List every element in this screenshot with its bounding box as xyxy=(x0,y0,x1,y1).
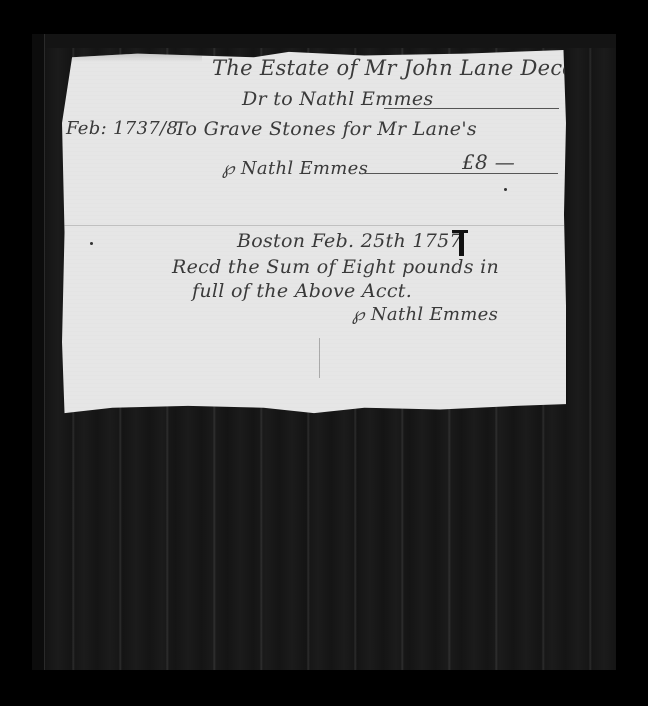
receipt-line-2: full of the Above Acct. xyxy=(192,280,412,302)
signature-rule xyxy=(362,173,558,174)
ink-blot-mark xyxy=(459,232,464,256)
ink-blot-bar xyxy=(452,230,468,233)
entry-date: Feb: 1737/8 xyxy=(66,118,178,139)
receipt-paper: The Estate of Mr John Lane Decd. Dr to N… xyxy=(62,50,566,415)
paper-crease xyxy=(319,338,320,378)
scan-left-strip xyxy=(32,34,45,670)
paper-fold-line xyxy=(62,225,566,226)
receipt-line-1: Recd the Sum of Eight pounds in xyxy=(172,256,499,278)
entry-amount: £8 — xyxy=(462,150,515,174)
signature-first: ℘ Nathl Emmes xyxy=(222,158,368,179)
receipt-signature: ℘ Nathl Emmes xyxy=(352,304,498,325)
entry-description: To Grave Stones for Mr Lane's xyxy=(174,118,477,140)
header-debtor-line: Dr to Nathl Emmes xyxy=(242,88,433,110)
header-estate-line: The Estate of Mr John Lane Decd. xyxy=(212,56,583,80)
scan-top-band xyxy=(32,34,616,48)
receipt-place-date: Boston Feb. 25th 1757 xyxy=(237,230,462,252)
header-rule xyxy=(384,108,559,109)
ink-speck xyxy=(90,242,93,245)
ink-speck xyxy=(504,188,507,191)
